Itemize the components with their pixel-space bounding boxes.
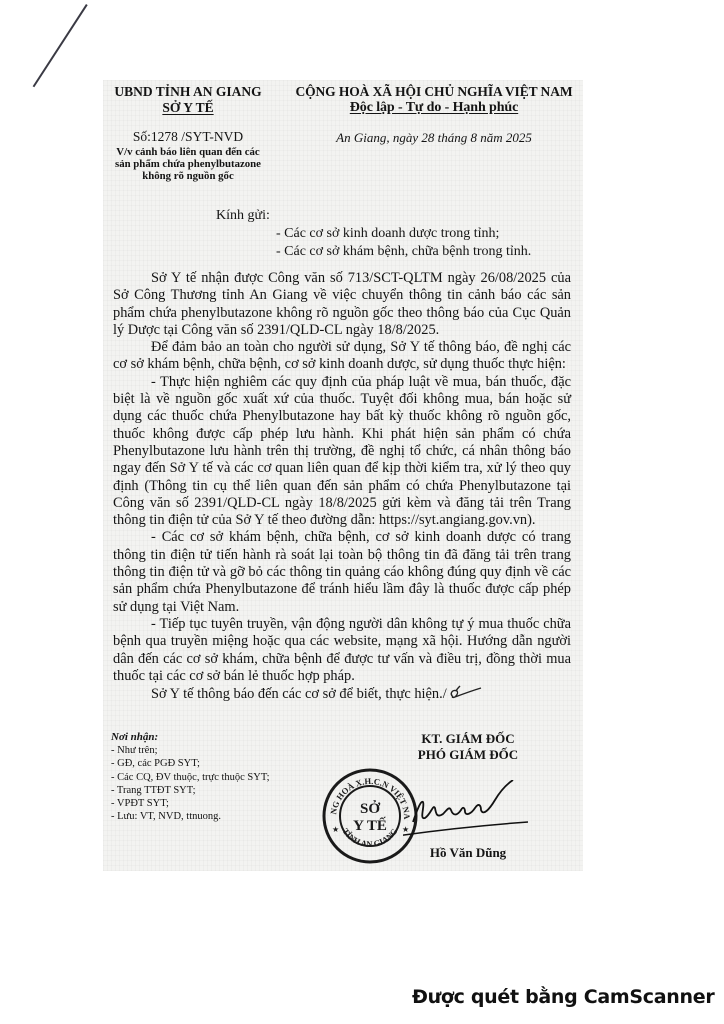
svg-text:SỞ: SỞ — [360, 800, 380, 817]
distribution-item: - VPĐT SYT; — [111, 797, 270, 810]
body-bullet: - Các cơ sở khám bệnh, chữa bệnh, cơ sở … — [113, 529, 571, 615]
distribution-list: Nơi nhận: - Như trên; - GĐ, các PGĐ SYT;… — [111, 731, 270, 823]
body-bullet: - Tiếp tục tuyên truyền, vận động người … — [113, 616, 571, 685]
national-motto: Độc lập - Tự do - Hạnh phúc — [285, 100, 583, 116]
distribution-item: - Như trên; — [111, 744, 270, 757]
initial-mark-icon — [447, 685, 483, 701]
distribution-item: - Các CQ, ĐV thuộc, trực thuộc SYT; — [111, 771, 270, 784]
svg-text:Y TẾ: Y TẾ — [353, 817, 387, 834]
province-committee: UBND TỈNH AN GIANG — [103, 84, 273, 100]
camscanner-watermark: Được quét bằng CamScanner — [412, 986, 714, 1008]
body-bullet: - Thực hiện nghiêm các quy định của pháp… — [113, 374, 571, 530]
document-subject: V/v cảnh báo liên quan đến các sản phẩm … — [103, 146, 273, 182]
subject-line: không rõ nguồn gốc — [103, 170, 273, 182]
recipient-item: - Các cơ sở khám bệnh, chữa bệnh trong t… — [276, 243, 531, 261]
signatory-title-line2: PHÓ GIÁM ĐỐC — [388, 747, 548, 763]
department-name: SỞ Y TẾ — [103, 100, 273, 116]
distribution-title: Nơi nhận: — [111, 731, 270, 744]
recipient-list: - Các cơ sở kinh doanh dược trong tỉnh; … — [276, 225, 531, 261]
distribution-item: - Lưu: VT, NVD, ttnuong. — [111, 810, 270, 823]
scan-edge-line — [33, 4, 88, 87]
recipient-item: - Các cơ sở kinh doanh dược trong tỉnh; — [276, 225, 531, 243]
signatory-title-line1: KT. GIÁM ĐỐC — [388, 731, 548, 747]
distribution-item: - Trang TTĐT SYT; — [111, 784, 270, 797]
national-heading: CỘNG HOÀ XÃ HỘI CHỦ NGHĨA VIỆT NAM Độc l… — [285, 84, 583, 116]
svg-text:★: ★ — [332, 825, 339, 834]
issuing-authority: UBND TỈNH AN GIANG SỞ Y TẾ — [103, 84, 273, 116]
distribution-item: - GĐ, các PGĐ SYT; — [111, 757, 270, 770]
subject-line: V/v cảnh báo liên quan đến các — [103, 146, 273, 158]
issue-date: An Giang, ngày 28 tháng 8 năm 2025 — [285, 130, 583, 146]
scanned-document-page: UBND TỈNH AN GIANG SỞ Y TẾ CỘNG HOÀ XÃ H… — [103, 80, 583, 871]
signatory-title: KT. GIÁM ĐỐC PHÓ GIÁM ĐỐC — [388, 731, 548, 763]
document-body: Sở Y tế nhận được Công văn số 713/SCT-QL… — [113, 270, 571, 703]
body-paragraph: Sở Y tế nhận được Công văn số 713/SCT-QL… — [113, 270, 571, 339]
document-number: Số:1278 /SYT-NVD — [103, 129, 273, 145]
greeting-label: Kính gửi: — [216, 208, 270, 224]
subject-line: sản phẩm chứa phenylbutazone — [103, 158, 273, 170]
handwritten-signature-icon — [403, 780, 553, 840]
closing-text: Sở Y tế thông báo đến các cơ sở để biết,… — [151, 686, 447, 702]
body-paragraph: Để đảm bảo an toàn cho người sử dụng, Sở… — [113, 339, 571, 374]
nation-title: CỘNG HOÀ XÃ HỘI CHỦ NGHĨA VIỆT NAM — [285, 84, 583, 100]
closing-paragraph: Sở Y tế thông báo đến các cơ sở để biết,… — [113, 685, 571, 703]
signatory-name: Hồ Văn Dũng — [388, 845, 548, 861]
